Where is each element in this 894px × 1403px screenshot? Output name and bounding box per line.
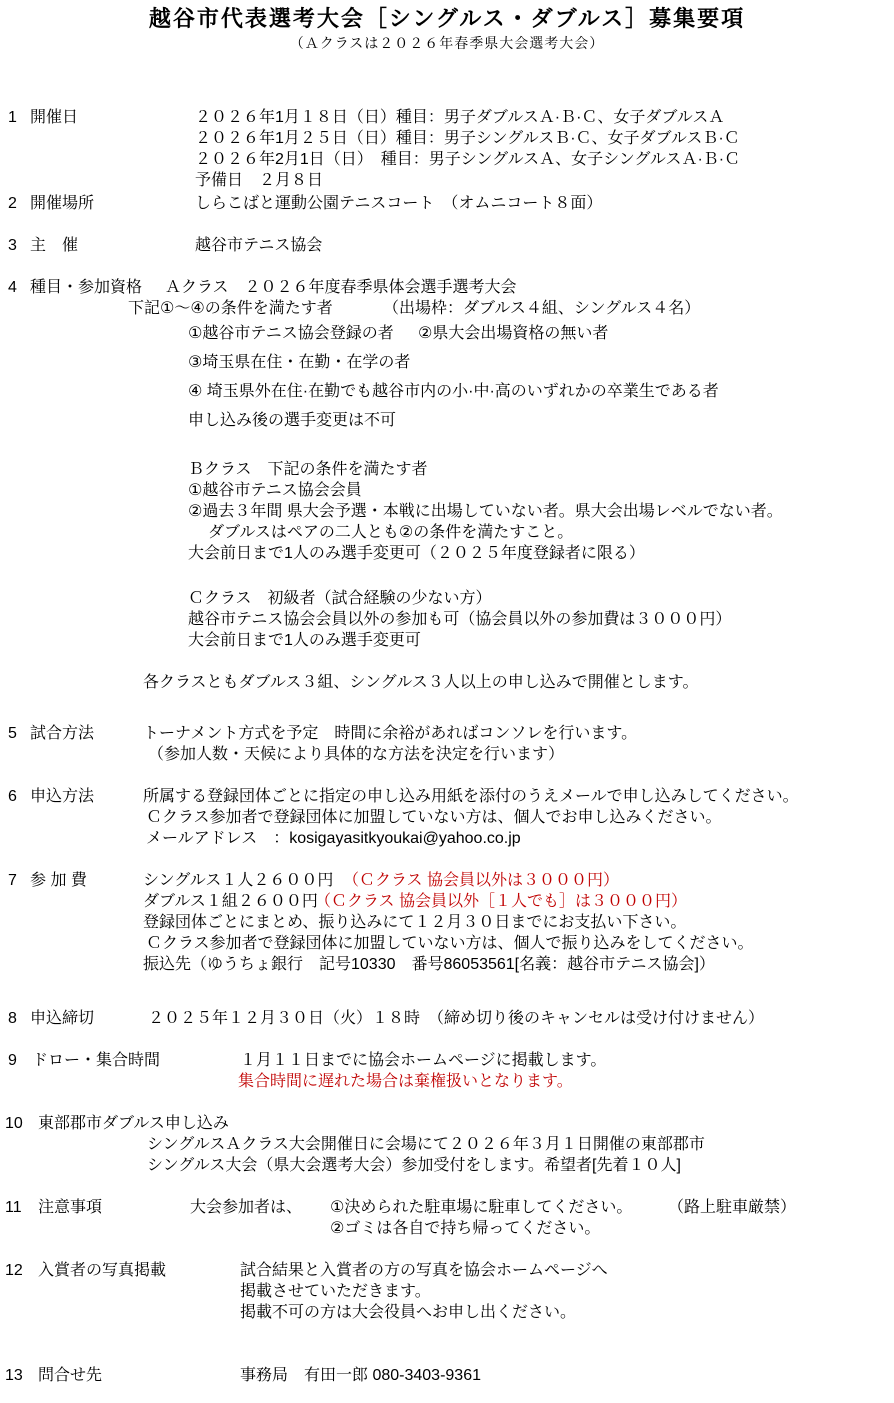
section-label: 問合せ先	[38, 1365, 102, 1386]
text-line: ダブルス１組２６００円（Ｃクラス 協会員以外［１人でも］は３０００円）	[0, 891, 894, 912]
text-line: ①越谷市テニス協会登録の者②県大会出場資格の無い者	[0, 323, 894, 344]
text-line: Ｃクラス参加者で登録団体に加盟していない方は、個人で振り込みをしてください。	[0, 933, 894, 954]
text-span: シングルス１人２６００円	[143, 872, 333, 889]
text-line: Ｃクラス 初級者（試合経験の少ない方）	[0, 588, 894, 609]
text-line: 2開催場所しらこばと運動公園テニスコート （オムニコート８面）	[0, 193, 894, 214]
text-line: ダブルスはペアの二人とも②の条件を満たすこと。	[0, 522, 894, 543]
section-9: 9ドロー・集合時間１月１１日までに協会ホームページに掲載します。集合時間に遅れた…	[0, 1050, 894, 1092]
section-13: 13問合せ先事務局 有田一郎 080-3403-9361	[0, 1365, 894, 1386]
section-label: 試合方法	[30, 723, 94, 744]
text-span: ②過去３年間 県大会予選・本戦に出場していない者。県大会出場レベルでない者。	[188, 503, 783, 520]
section-3: 3主 催越谷市テニス協会	[0, 235, 894, 256]
text-span: （出場枠：ダブルス４組、シングルス４名）	[383, 298, 700, 319]
text-line: ③埼玉県在住・在勤・在学の者	[0, 352, 894, 373]
text-span: Ｂクラス 下記の条件を満たす者	[188, 461, 428, 478]
text-line: 大会前日まで1人のみ選手変更可（２０２５年度登録者に限る）	[0, 543, 894, 564]
section-11: 11注意事項大会参加者は、①決められた駐車場に駐車してください。（路上駐車厳禁）…	[0, 1197, 894, 1239]
text-span: 掲載させていただきます。	[240, 1283, 431, 1300]
section-number: 12	[5, 1260, 23, 1281]
document-title: 越谷市代表選考大会［シングルス・ダブルス］募集要項	[0, 0, 894, 32]
section-number: 13	[5, 1365, 23, 1386]
section-number: 5	[8, 723, 17, 744]
text-line: 13問合せ先事務局 有田一郎 080-3403-9361	[0, 1365, 894, 1386]
text-line: 予備日 ２月８日	[0, 170, 894, 191]
text-line: 越谷市テニス協会会員以外の参加も可（協会員以外の参加費は３０００円）	[0, 609, 894, 630]
section-5: 5試合方法トーナメント方式を予定 時間に余裕があればコンソレを行います。（参加人…	[0, 723, 894, 765]
document-subtitle: （Ａクラスは２０２６年春季県大会選考大会）	[0, 34, 894, 52]
text-line: メールアドレス ：kosigayasitkyoukai@yahoo.co.jp	[0, 828, 894, 849]
section-label: 開催場所	[30, 193, 94, 214]
text-span: メールアドレス ：	[146, 830, 289, 847]
text-span: ④ 埼玉県外在住·在勤でも越谷市内の小·中·高のいずれかの卒業生である者	[188, 383, 719, 400]
text-span: 越谷市テニス協会	[195, 237, 322, 254]
text-line: 大会前日まで1人のみ選手変更可	[0, 630, 894, 651]
text-span: 登録団体ごとにまとめ、振り込みにて１２月３０日までにお支払い下さい。	[143, 914, 686, 931]
section-2: 2開催場所しらこばと運動公園テニスコート （オムニコート８面）	[0, 193, 894, 214]
text-line: 6申込方法所属する登録団体ごとに指定の申し込み用紙を添付のうえメールで申し込みし…	[0, 786, 894, 807]
text-line: 5試合方法トーナメント方式を予定 時間に余裕があればコンソレを行います。	[0, 723, 894, 744]
section-4: 4種目・参加資格Ａクラス ２０２６年度春季県体会選手選考大会下記①～④の条件を満…	[0, 277, 894, 693]
text-span: （路上駐車厳禁）	[668, 1197, 796, 1218]
document-page: 越谷市代表選考大会［シングルス・ダブルス］募集要項 （Ａクラスは２０２６年春季県…	[0, 0, 894, 1403]
text-span: ③埼玉県在住・在勤・在学の者	[188, 354, 410, 371]
text-line: Ｃクラス参加者で登録団体に加盟していない方は、個人でお申し込みください。	[0, 807, 894, 828]
text-span: （Ｃクラス 協会員以外は３０００円）	[343, 870, 619, 891]
text-span: 大会前日まで1人のみ選手変更可	[188, 632, 421, 649]
text-line: 1開催日２０２６年1月１８日（日）種目：男子ダブルスＡ·Ｂ·Ｃ、女子ダブルスＡ	[0, 107, 894, 128]
text-span: 掲載不可の方は大会役員へお申し出ください。	[240, 1304, 576, 1321]
text-span: ２０２６年2月1日（日） 種目：男子シングルスＡ、女子シングルスＡ·Ｂ·Ｃ	[195, 151, 740, 168]
text-line: 掲載不可の方は大会役員へお申し出ください。	[0, 1302, 894, 1323]
text-line: 12入賞者の写真掲載試合結果と入賞者の方の写真を協会ホームページへ	[0, 1260, 894, 1281]
text-line: シングルス大会（県大会選考大会）参加受付をします。希望者[先着１０人]	[0, 1155, 894, 1176]
section-label: 参 加 費	[30, 870, 87, 891]
section-7: 7参 加 費シングルス１人２６００円（Ｃクラス 協会員以外は３０００円）ダブルス…	[0, 870, 894, 975]
text-span: トーナメント方式を予定 時間に余裕があればコンソレを行います。	[143, 725, 637, 742]
document-body: 1開催日２０２６年1月１８日（日）種目：男子ダブルスＡ·Ｂ·Ｃ、女子ダブルスＡ２…	[0, 107, 894, 1386]
bank-transfer-info: 振込先（ゆうちょ銀行 記号10330 番号86053561[名義：越谷市テニス協…	[143, 956, 715, 973]
text-line: 集合時間に遅れた場合は棄権扱いとなります。	[0, 1071, 894, 1092]
section-number: 9	[8, 1050, 17, 1071]
text-span: シングルス大会（県大会選考大会）参加受付をします。希望者[先着１０人]	[147, 1157, 681, 1174]
text-span: しらこばと運動公園テニスコート （オムニコート８面）	[195, 195, 602, 212]
text-span: 越谷市テニス協会会員以外の参加も可（協会員以外の参加費は３０００円）	[188, 611, 731, 628]
text-line: ②ゴミは各自で持ち帰ってください。	[0, 1218, 894, 1239]
section-number: 11	[5, 1197, 22, 1218]
text-span: Ｃクラス 初級者（試合経験の少ない方）	[188, 590, 492, 607]
text-span: 各クラスともダブルス３組、シングルス３人以上の申し込みで開催とします。	[143, 674, 698, 691]
text-line: 各クラスともダブルス３組、シングルス３人以上の申し込みで開催とします。	[0, 672, 894, 693]
text-line: ２０２６年1月２５日（日）種目：男子シングルスＢ·Ｃ、女子ダブルスＢ·Ｃ	[0, 128, 894, 149]
text-line: 7参 加 費シングルス１人２６００円（Ｃクラス 協会員以外は３０００円）	[0, 870, 894, 891]
text-line: ②過去３年間 県大会予選・本戦に出場していない者。県大会出場レベルでない者。	[0, 501, 894, 522]
section-label: 主 催	[30, 235, 78, 256]
text-span: 所属する登録団体ごとに指定の申し込み用紙を添付のうえメールで申し込みしてください…	[143, 788, 799, 805]
section-8: 8申込締切２０２５年１２月３０日（火）１８時 （締め切り後のキャンセルは受け付け…	[0, 1008, 894, 1029]
text-line: 8申込締切２０２５年１２月３０日（火）１８時 （締め切り後のキャンセルは受け付け…	[0, 1008, 894, 1029]
text-span: ２０２６年1月１８日（日）種目：男子ダブルスＡ·Ｂ·Ｃ、女子ダブルスＡ	[195, 109, 724, 126]
text-line: 10東部郡市ダブルス申し込み	[0, 1113, 894, 1134]
text-span: 下記①～④の条件を満たす者	[128, 300, 333, 317]
text-span: 試合結果と入賞者の方の写真を協会ホームページへ	[240, 1262, 608, 1279]
text-line: 申し込み後の選手変更は不可	[0, 410, 894, 431]
text-line: 11注意事項大会参加者は、①決められた駐車場に駐車してください。（路上駐車厳禁）	[0, 1197, 894, 1218]
section-number: 3	[8, 235, 17, 256]
section-number: 8	[8, 1008, 17, 1029]
text-line: ２０２６年2月1日（日） 種目：男子シングルスＡ、女子シングルスＡ·Ｂ·Ｃ	[0, 149, 894, 170]
text-line: ④ 埼玉県外在住·在勤でも越谷市内の小·中·高のいずれかの卒業生である者	[0, 381, 894, 402]
text-span: ダブルスはペアの二人とも②の条件を満たすこと。	[208, 524, 573, 541]
section-label: 東部郡市ダブルス申し込み	[38, 1115, 229, 1132]
text-span: Ａクラス ２０２６年度春季県体会選手選考大会	[165, 279, 517, 296]
warning-text: 集合時間に遅れた場合は棄権扱いとなります。	[238, 1073, 573, 1090]
section-number: 6	[8, 786, 17, 807]
text-span: ダブルス１組２６００円	[143, 893, 318, 910]
section-number: 7	[8, 870, 17, 891]
section-label: 申込締切	[30, 1008, 94, 1029]
text-span: Ｃクラス参加者で登録団体に加盟していない方は、個人でお申し込みください。	[146, 809, 722, 826]
text-line: 4種目・参加資格Ａクラス ２０２６年度春季県体会選手選考大会	[0, 277, 894, 298]
text-span: （Ｃクラス 協会員以外［１人でも］は３０００円）	[315, 891, 687, 912]
text-span: 予備日 ２月８日	[195, 172, 323, 189]
section-number: 2	[8, 193, 17, 214]
text-span: （参加人数・天候により具体的な方法を決定を行います）	[148, 746, 564, 763]
section-number: 1	[8, 107, 17, 128]
text-line: 登録団体ごとにまとめ、振り込みにて１２月３０日までにお支払い下さい。	[0, 912, 894, 933]
text-span: 大会前日まで1人のみ選手変更可（２０２５年度登録者に限る）	[188, 545, 645, 562]
section-6: 6申込方法所属する登録団体ごとに指定の申し込み用紙を添付のうえメールで申し込みし…	[0, 786, 894, 849]
section-10: 10東部郡市ダブルス申し込みシングルスＡクラス大会開催日に会場にて２０２６年３月…	[0, 1113, 894, 1176]
text-line: 3主 催越谷市テニス協会	[0, 235, 894, 256]
text-line: ①越谷市テニス協会会員	[0, 480, 894, 501]
text-line: シングルスＡクラス大会開催日に会場にて２０２６年３月１日開催の東部郡市	[0, 1134, 894, 1155]
text-span: ①越谷市テニス協会登録の者	[188, 325, 394, 342]
section-number: 10	[5, 1113, 23, 1134]
text-span: シングルスＡクラス大会開催日に会場にて２０２６年３月１日開催の東部郡市	[147, 1136, 705, 1153]
section-label: 注意事項	[38, 1197, 102, 1218]
text-span: ２０２５年１２月３０日（火）１８時 （締め切り後のキャンセルは受け付けません）	[148, 1010, 764, 1027]
section-1: 1開催日２０２６年1月１８日（日）種目：男子ダブルスＡ·Ｂ·Ｃ、女子ダブルスＡ２…	[0, 107, 894, 191]
section-label: 開催日	[30, 107, 78, 128]
contact-info: 事務局 有田一郎 080-3403-9361	[240, 1367, 481, 1384]
text-line: 9ドロー・集合時間１月１１日までに協会ホームページに掲載します。	[0, 1050, 894, 1071]
section-label: 申込方法	[30, 786, 94, 807]
text-line: 下記①～④の条件を満たす者（出場枠：ダブルス４組、シングルス４名）	[0, 298, 894, 319]
text-line: Ｂクラス 下記の条件を満たす者	[0, 459, 894, 480]
email-address: kosigayasitkyoukai@yahoo.co.jp	[289, 830, 520, 847]
text-span: 大会参加者は、	[190, 1199, 302, 1216]
text-span: ①越谷市テニス協会会員	[188, 482, 362, 499]
text-span: 申し込み後の選手変更は不可	[188, 412, 396, 429]
section-label: 入賞者の写真掲載	[38, 1260, 166, 1281]
section-label: 種目・参加資格	[30, 277, 142, 298]
section-label: ドロー・集合時間	[32, 1050, 160, 1071]
section-12: 12入賞者の写真掲載試合結果と入賞者の方の写真を協会ホームページへ掲載させていた…	[0, 1260, 894, 1323]
text-span: ①決められた駐車場に駐車してください。	[330, 1197, 632, 1218]
section-number: 4	[8, 277, 17, 298]
text-span: ②県大会出場資格の無い者	[418, 323, 608, 344]
text-span: ②ゴミは各自で持ち帰ってください。	[330, 1220, 600, 1237]
text-span: ２０２６年1月２５日（日）種目：男子シングルスＢ·Ｃ、女子ダブルスＢ·Ｃ	[195, 130, 740, 147]
text-line: 掲載させていただきます。	[0, 1281, 894, 1302]
text-span: １月１１日までに協会ホームページに掲載します。	[240, 1052, 606, 1069]
text-span: Ｃクラス参加者で登録団体に加盟していない方は、個人で振り込みをしてください。	[146, 935, 754, 952]
text-line: 振込先（ゆうちょ銀行 記号10330 番号86053561[名義：越谷市テニス協…	[0, 954, 894, 975]
text-line: （参加人数・天候により具体的な方法を決定を行います）	[0, 744, 894, 765]
